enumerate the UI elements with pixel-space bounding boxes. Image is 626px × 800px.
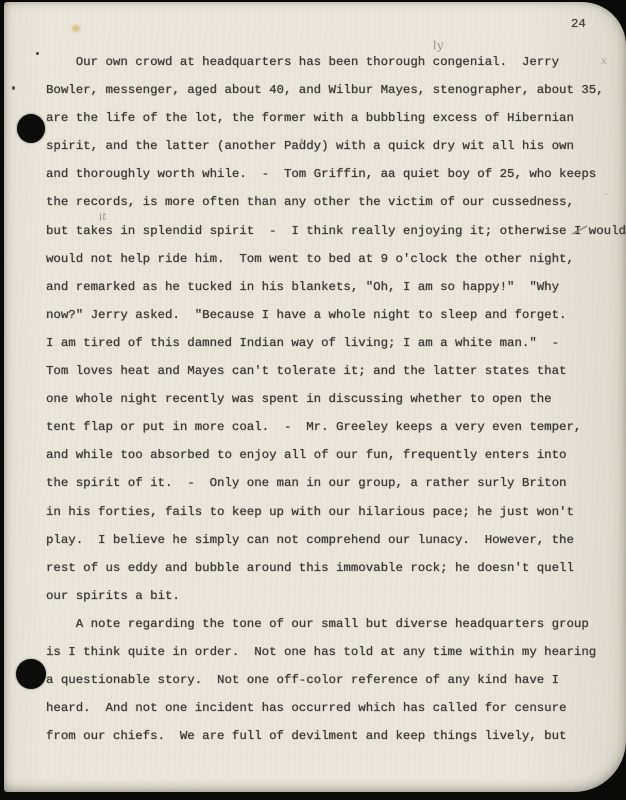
typed-line: tent flap or put in more coal. - Mr. Gre… <box>46 413 626 441</box>
typed-line: but takes in splendid spirit - I think r… <box>46 217 626 245</box>
typed-line: I am tired of this damned Indian way of … <box>46 329 626 357</box>
typed-line: play. I believe he simply can not compre… <box>46 526 626 554</box>
page-number: 24 <box>571 17 586 31</box>
typed-line: Our own crowd at headquarters has been t… <box>46 48 626 76</box>
scan-background: { "doc": { "page_number": "24", "lines":… <box>0 0 626 800</box>
typed-line: our spirits a bit. <box>46 582 626 610</box>
typed-line: A note regarding the tone of our small b… <box>46 610 626 638</box>
paper-speck <box>12 86 15 90</box>
paper-stain <box>72 25 80 32</box>
typed-text: Our own crowd at headquarters has been t… <box>46 48 626 750</box>
typed-line: Tom loves heat and Mayes can't tolerate … <box>46 357 626 385</box>
paper-speck <box>300 138 303 144</box>
typed-line: from our chiefs. We are full of devilmen… <box>46 722 626 750</box>
pencil-insertion-ly: ly <box>432 39 444 52</box>
typed-line: the spirit of it. - Only one man in our … <box>46 469 626 497</box>
hole-punch-bottom <box>16 659 46 689</box>
typed-line: and while too absorbed to enjoy all of o… <box>46 441 626 469</box>
typed-line: and remarked as he tucked in his blanket… <box>46 273 626 301</box>
hole-punch-top <box>17 114 45 143</box>
typed-line: one whole night recently was spent in di… <box>46 385 626 413</box>
typed-line: a questionable story. Not one off-color … <box>46 666 626 694</box>
pencil-x-mark: x <box>601 57 607 67</box>
pencil-dash-mark: - <box>604 188 608 199</box>
paper-page: 24 Our own crowd at headquarters has bee… <box>4 2 626 792</box>
typed-line: in his forties, fails to keep up with ou… <box>46 498 626 526</box>
typed-line: and thoroughly worth while. - Tom Griffi… <box>46 160 626 188</box>
typed-line: heard. And not one incident has occurred… <box>46 694 626 722</box>
typed-line: the records, is more often than any othe… <box>46 188 626 216</box>
typed-line: are the life of the lot, the former with… <box>46 104 626 132</box>
typed-line: now?" Jerry asked. "Because I have a who… <box>46 301 626 329</box>
pencil-insertion-it: it <box>98 212 107 223</box>
typed-line: Bowler, messenger, aged about 40, and Wi… <box>46 76 626 104</box>
typed-line: would not help ride him. Tom went to bed… <box>46 245 626 273</box>
typed-line: spirit, and the latter (another Paddy) w… <box>46 132 626 160</box>
paper-speck <box>36 52 39 55</box>
typed-line: rest of us eddy and bubble around this i… <box>46 554 626 582</box>
typed-line: is I think quite in order. Not one has t… <box>46 638 626 666</box>
